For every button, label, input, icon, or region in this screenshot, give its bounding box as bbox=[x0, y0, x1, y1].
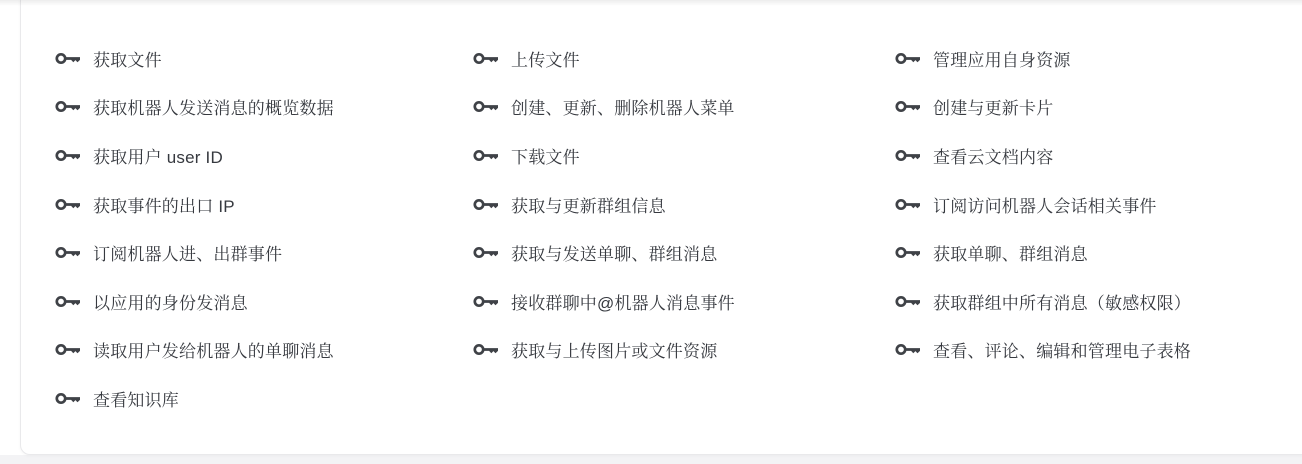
permission-item: 创建与更新卡片 bbox=[895, 94, 1302, 119]
permission-item: 订阅机器人进、出群事件 bbox=[55, 240, 473, 265]
key-icon bbox=[473, 99, 499, 114]
permission-label: 获取与更新群组信息 bbox=[511, 192, 666, 217]
permission-label: 获取与上传图片或文件资源 bbox=[511, 337, 717, 362]
permission-label: 查看、评论、编辑和管理电子表格 bbox=[933, 337, 1191, 362]
permission-label: 上传文件 bbox=[511, 46, 580, 71]
key-icon bbox=[895, 148, 921, 163]
key-icon bbox=[55, 245, 81, 260]
key-icon bbox=[473, 197, 499, 212]
permission-item: 订阅访问机器人会话相关事件 bbox=[895, 192, 1302, 217]
permission-item: 获取与更新群组信息 bbox=[473, 192, 895, 217]
key-icon bbox=[895, 342, 921, 357]
permission-item: 查看、评论、编辑和管理电子表格 bbox=[895, 337, 1302, 362]
permission-label: 获取机器人发送消息的概览数据 bbox=[93, 94, 334, 119]
permission-label: 获取用户 user ID bbox=[93, 143, 223, 168]
permission-label: 创建、更新、删除机器人菜单 bbox=[511, 94, 735, 119]
permission-item: 读取用户发给机器人的单聊消息 bbox=[55, 337, 473, 362]
key-icon bbox=[895, 99, 921, 114]
permission-label: 查看知识库 bbox=[93, 386, 179, 411]
key-icon bbox=[895, 197, 921, 212]
key-icon bbox=[55, 342, 81, 357]
permission-label: 获取群组中所有消息（敏感权限） bbox=[933, 289, 1191, 314]
permission-item: 创建、更新、删除机器人菜单 bbox=[473, 94, 895, 119]
key-icon bbox=[895, 245, 921, 260]
page: 获取文件 上传文件 管理应用自身资源 获取机器人发送消息的概览数据 bbox=[0, 0, 1302, 464]
permission-item: 获取机器人发送消息的概览数据 bbox=[55, 94, 473, 119]
key-icon bbox=[473, 51, 499, 66]
permission-label: 获取单聊、群组消息 bbox=[933, 240, 1088, 265]
permission-label: 下载文件 bbox=[511, 143, 580, 168]
permission-label: 获取与发送单聊、群组消息 bbox=[511, 240, 717, 265]
permission-item: 查看云文档内容 bbox=[895, 143, 1302, 168]
permission-item: 获取与发送单聊、群组消息 bbox=[473, 240, 895, 265]
permissions-grid: 获取文件 上传文件 管理应用自身资源 获取机器人发送消息的概览数据 bbox=[21, 0, 1302, 423]
key-icon bbox=[55, 51, 81, 66]
permission-label: 查看云文档内容 bbox=[933, 143, 1053, 168]
permission-item: 下载文件 bbox=[473, 143, 895, 168]
key-icon bbox=[473, 342, 499, 357]
permission-label: 获取文件 bbox=[93, 46, 162, 71]
key-icon bbox=[473, 148, 499, 163]
permission-item: 接收群聊中@机器人消息事件 bbox=[473, 289, 895, 314]
permission-label: 创建与更新卡片 bbox=[933, 94, 1053, 119]
key-icon bbox=[895, 294, 921, 309]
key-icon bbox=[55, 99, 81, 114]
key-icon bbox=[473, 294, 499, 309]
permission-label: 接收群聊中@机器人消息事件 bbox=[511, 289, 735, 314]
permission-item: 管理应用自身资源 bbox=[895, 46, 1302, 71]
permission-item: 获取单聊、群组消息 bbox=[895, 240, 1302, 265]
permission-item: 查看知识库 bbox=[55, 386, 473, 411]
permission-item: 获取与上传图片或文件资源 bbox=[473, 337, 895, 362]
permission-item: 获取用户 user ID bbox=[55, 143, 473, 168]
page-background-strip bbox=[0, 455, 1302, 464]
permission-item: 获取群组中所有消息（敏感权限） bbox=[895, 289, 1302, 314]
permission-item: 以应用的身份发消息 bbox=[55, 289, 473, 314]
permission-item: 获取事件的出口 IP bbox=[55, 192, 473, 217]
permission-label: 获取事件的出口 IP bbox=[93, 192, 235, 217]
permission-label: 管理应用自身资源 bbox=[933, 46, 1071, 71]
permission-item: 获取文件 bbox=[55, 46, 473, 71]
key-icon bbox=[55, 294, 81, 309]
key-icon bbox=[55, 391, 81, 406]
permissions-card: 获取文件 上传文件 管理应用自身资源 获取机器人发送消息的概览数据 bbox=[20, 0, 1302, 455]
key-icon bbox=[473, 245, 499, 260]
permission-label: 订阅机器人进、出群事件 bbox=[93, 240, 282, 265]
permission-item: 上传文件 bbox=[473, 46, 895, 71]
permission-label: 读取用户发给机器人的单聊消息 bbox=[93, 337, 334, 362]
permission-label: 以应用的身份发消息 bbox=[93, 289, 248, 314]
key-icon bbox=[895, 51, 921, 66]
key-icon bbox=[55, 148, 81, 163]
key-icon bbox=[55, 197, 81, 212]
permission-label: 订阅访问机器人会话相关事件 bbox=[933, 192, 1157, 217]
